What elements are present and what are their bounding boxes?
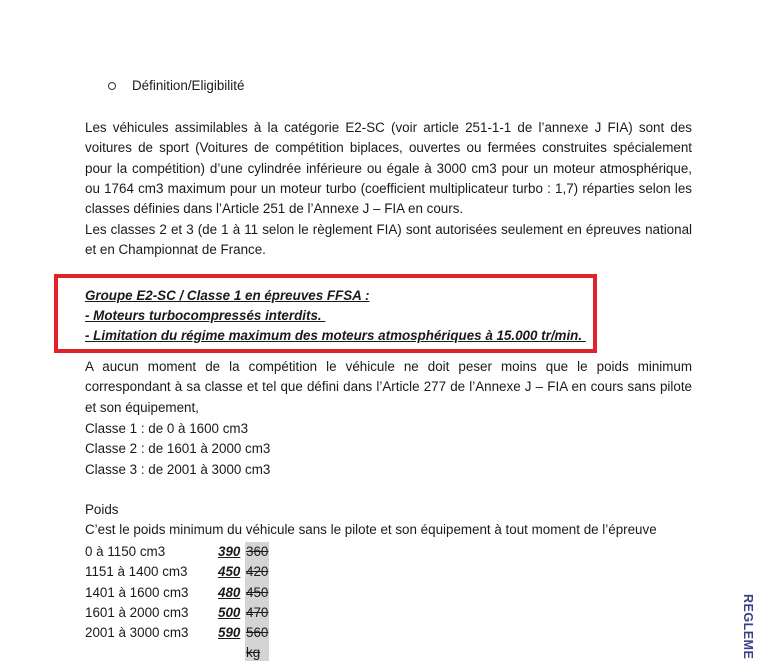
weight-new: 590 bbox=[218, 623, 240, 643]
weight-paragraph: A aucun moment de la compétition le véhi… bbox=[85, 357, 692, 418]
hollow-bullet-icon bbox=[108, 82, 116, 90]
weight-old: 560 kg bbox=[245, 623, 269, 661]
highlight-line-rpm: - Limitation du régime maximum des moteu… bbox=[85, 326, 586, 346]
side-section-label: REGLEME bbox=[741, 594, 755, 659]
eligibility-paragraph: Les véhicules assimilables à la catégori… bbox=[85, 118, 692, 219]
weight-new: 450 bbox=[218, 562, 240, 582]
weight-range: 0 à 1150 cm3 bbox=[85, 542, 220, 562]
document-page: Définition/Eligibilité Les véhicules ass… bbox=[0, 0, 773, 661]
highlight-line-group: Groupe E2-SC / Classe 1 en épreuves FFSA… bbox=[85, 286, 586, 306]
weight-text: A aucun moment de la compétition le véhi… bbox=[85, 357, 692, 418]
section-heading: Définition/Eligibilité bbox=[108, 78, 244, 93]
class-list: Classe 1 : de 0 à 1600 cm3 Classe 2 : de… bbox=[85, 419, 270, 480]
weight-range: 1401 à 1600 cm3 bbox=[85, 583, 220, 603]
class-item: Classe 2 : de 1601 à 2000 cm3 bbox=[85, 439, 270, 459]
weight-new: 500 bbox=[218, 603, 240, 623]
weights-heading: Poids bbox=[85, 502, 119, 517]
highlight-box: Groupe E2-SC / Classe 1 en épreuves FFSA… bbox=[54, 274, 597, 353]
weight-new: 390 bbox=[218, 542, 240, 562]
weights-description: C’est le poids minimum du véhicule sans … bbox=[85, 522, 657, 537]
classes-authorization-paragraph: Les classes 2 et 3 (de 1 à 11 selon le r… bbox=[85, 220, 692, 261]
weight-new: 480 bbox=[218, 583, 240, 603]
weight-range: 1151 à 1400 cm3 bbox=[85, 562, 220, 582]
class-item: Classe 1 : de 0 à 1600 cm3 bbox=[85, 419, 270, 439]
weight-range: 1601 à 2000 cm3 bbox=[85, 603, 220, 623]
weight-range: 2001 à 3000 cm3 bbox=[85, 623, 220, 643]
eligibility-text: Les véhicules assimilables à la catégori… bbox=[85, 118, 692, 219]
class-item: Classe 3 : de 2001 à 3000 cm3 bbox=[85, 460, 270, 480]
section-title: Définition/Eligibilité bbox=[132, 78, 244, 93]
classes-authorization-text: Les classes 2 et 3 (de 1 à 11 selon le r… bbox=[85, 220, 692, 261]
highlight-line-turbo: - Moteurs turbocompressés interdits. bbox=[85, 306, 586, 326]
